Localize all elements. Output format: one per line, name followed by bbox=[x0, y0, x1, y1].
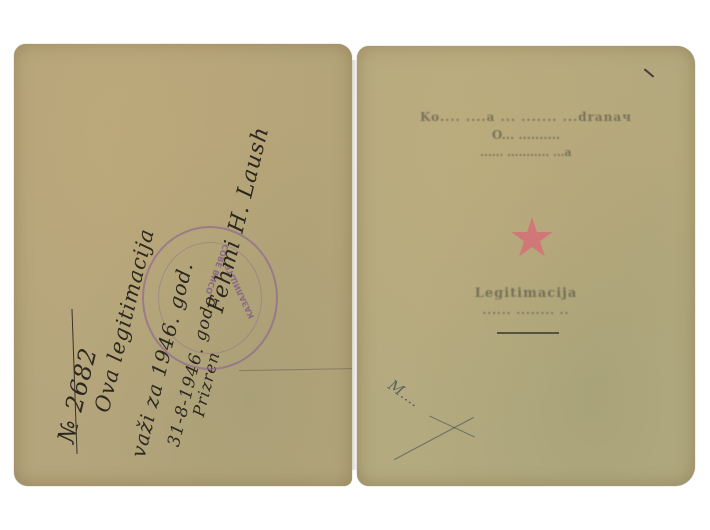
pencil-stroke bbox=[394, 417, 474, 460]
printed-rule bbox=[497, 332, 559, 334]
printed-title: Legitimacija bbox=[357, 286, 695, 301]
printed-subtitle: ...... ........ .. bbox=[357, 304, 695, 317]
card-right-panel: Ko.... ....a ... ....... ...dranaч O... … bbox=[357, 46, 695, 486]
ink-mark bbox=[644, 68, 654, 77]
red-star-icon: ★ bbox=[505, 211, 559, 265]
pencil-signature: M.... bbox=[385, 376, 424, 410]
printed-header-line-1: Ko.... ....a ... ....... ...dranaч bbox=[357, 110, 695, 124]
paper-crease bbox=[239, 368, 352, 371]
card-left-panel: № 2682 Ova legitimacija važi za 1946. go… bbox=[14, 44, 352, 486]
printed-header-line-3: ...... ........... ...a bbox=[357, 146, 695, 159]
printed-header-line-2: O... .......... bbox=[357, 128, 695, 142]
